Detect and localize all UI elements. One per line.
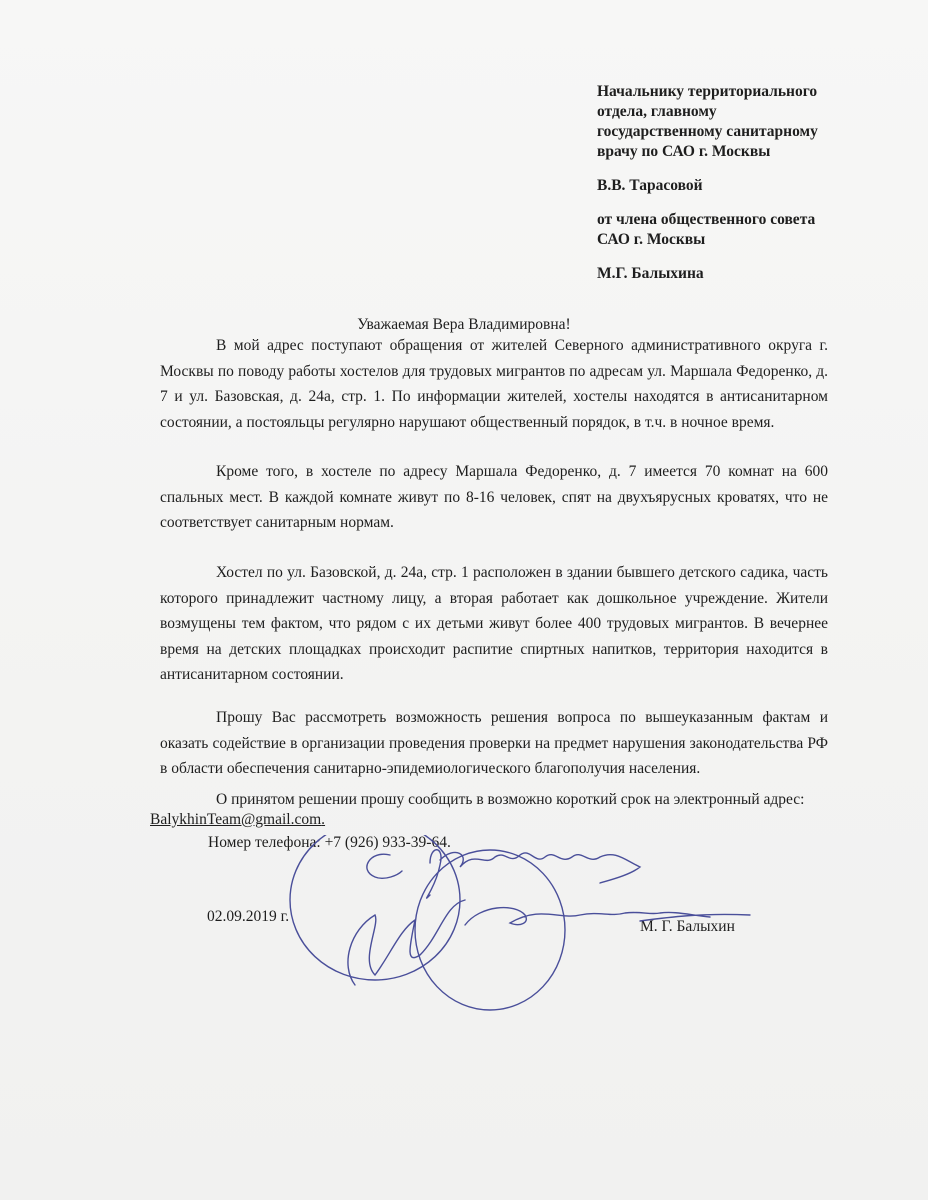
paragraph-reply-request: О принятом решении прошу сообщить в возм… xyxy=(160,787,828,813)
paragraph-complaint: В мой адрес поступают обращения от жител… xyxy=(160,333,828,435)
recipient-position: Начальнику территориального отдела, глав… xyxy=(597,82,857,162)
letter-date: 02.09.2019 г. xyxy=(207,908,289,926)
recipient-line: Начальнику территориального xyxy=(597,82,857,102)
paragraph-fedorenko-hostel: Кроме того, в хостеле по адресу Маршала … xyxy=(160,459,828,536)
email-address-line: BalykhinTeam@gmail.com. xyxy=(150,811,325,829)
sender-line: САО г. Москвы xyxy=(597,230,857,250)
paragraph-request: Прошу Вас рассмотреть возможность решени… xyxy=(160,705,828,782)
sender-position: от члена общественного совета САО г. Мос… xyxy=(597,210,857,250)
sender-line: от члена общественного совета xyxy=(597,210,857,230)
handwritten-signature-icon xyxy=(280,835,760,1015)
recipient-name: В.В. Тарасовой xyxy=(597,176,857,196)
email-period: . xyxy=(321,811,325,828)
paragraph-bazovskaya-hostel: Хостел по ул. Базовской, д. 24а, стр. 1 … xyxy=(160,560,828,688)
recipient-line: врачу по САО г. Москвы xyxy=(597,142,857,162)
sender-name: М.Г. Балыхина xyxy=(597,264,857,284)
letter-page: Начальнику территориального отдела, глав… xyxy=(0,0,928,1200)
email-link[interactable]: BalykhinTeam@gmail.com xyxy=(150,811,321,828)
addressee-block: Начальнику территориального отдела, глав… xyxy=(597,82,857,298)
recipient-line: государственному санитарному xyxy=(597,122,857,142)
salutation: Уважаемая Вера Владимировна! xyxy=(0,316,928,334)
recipient-line: отдела, главному xyxy=(597,102,857,122)
